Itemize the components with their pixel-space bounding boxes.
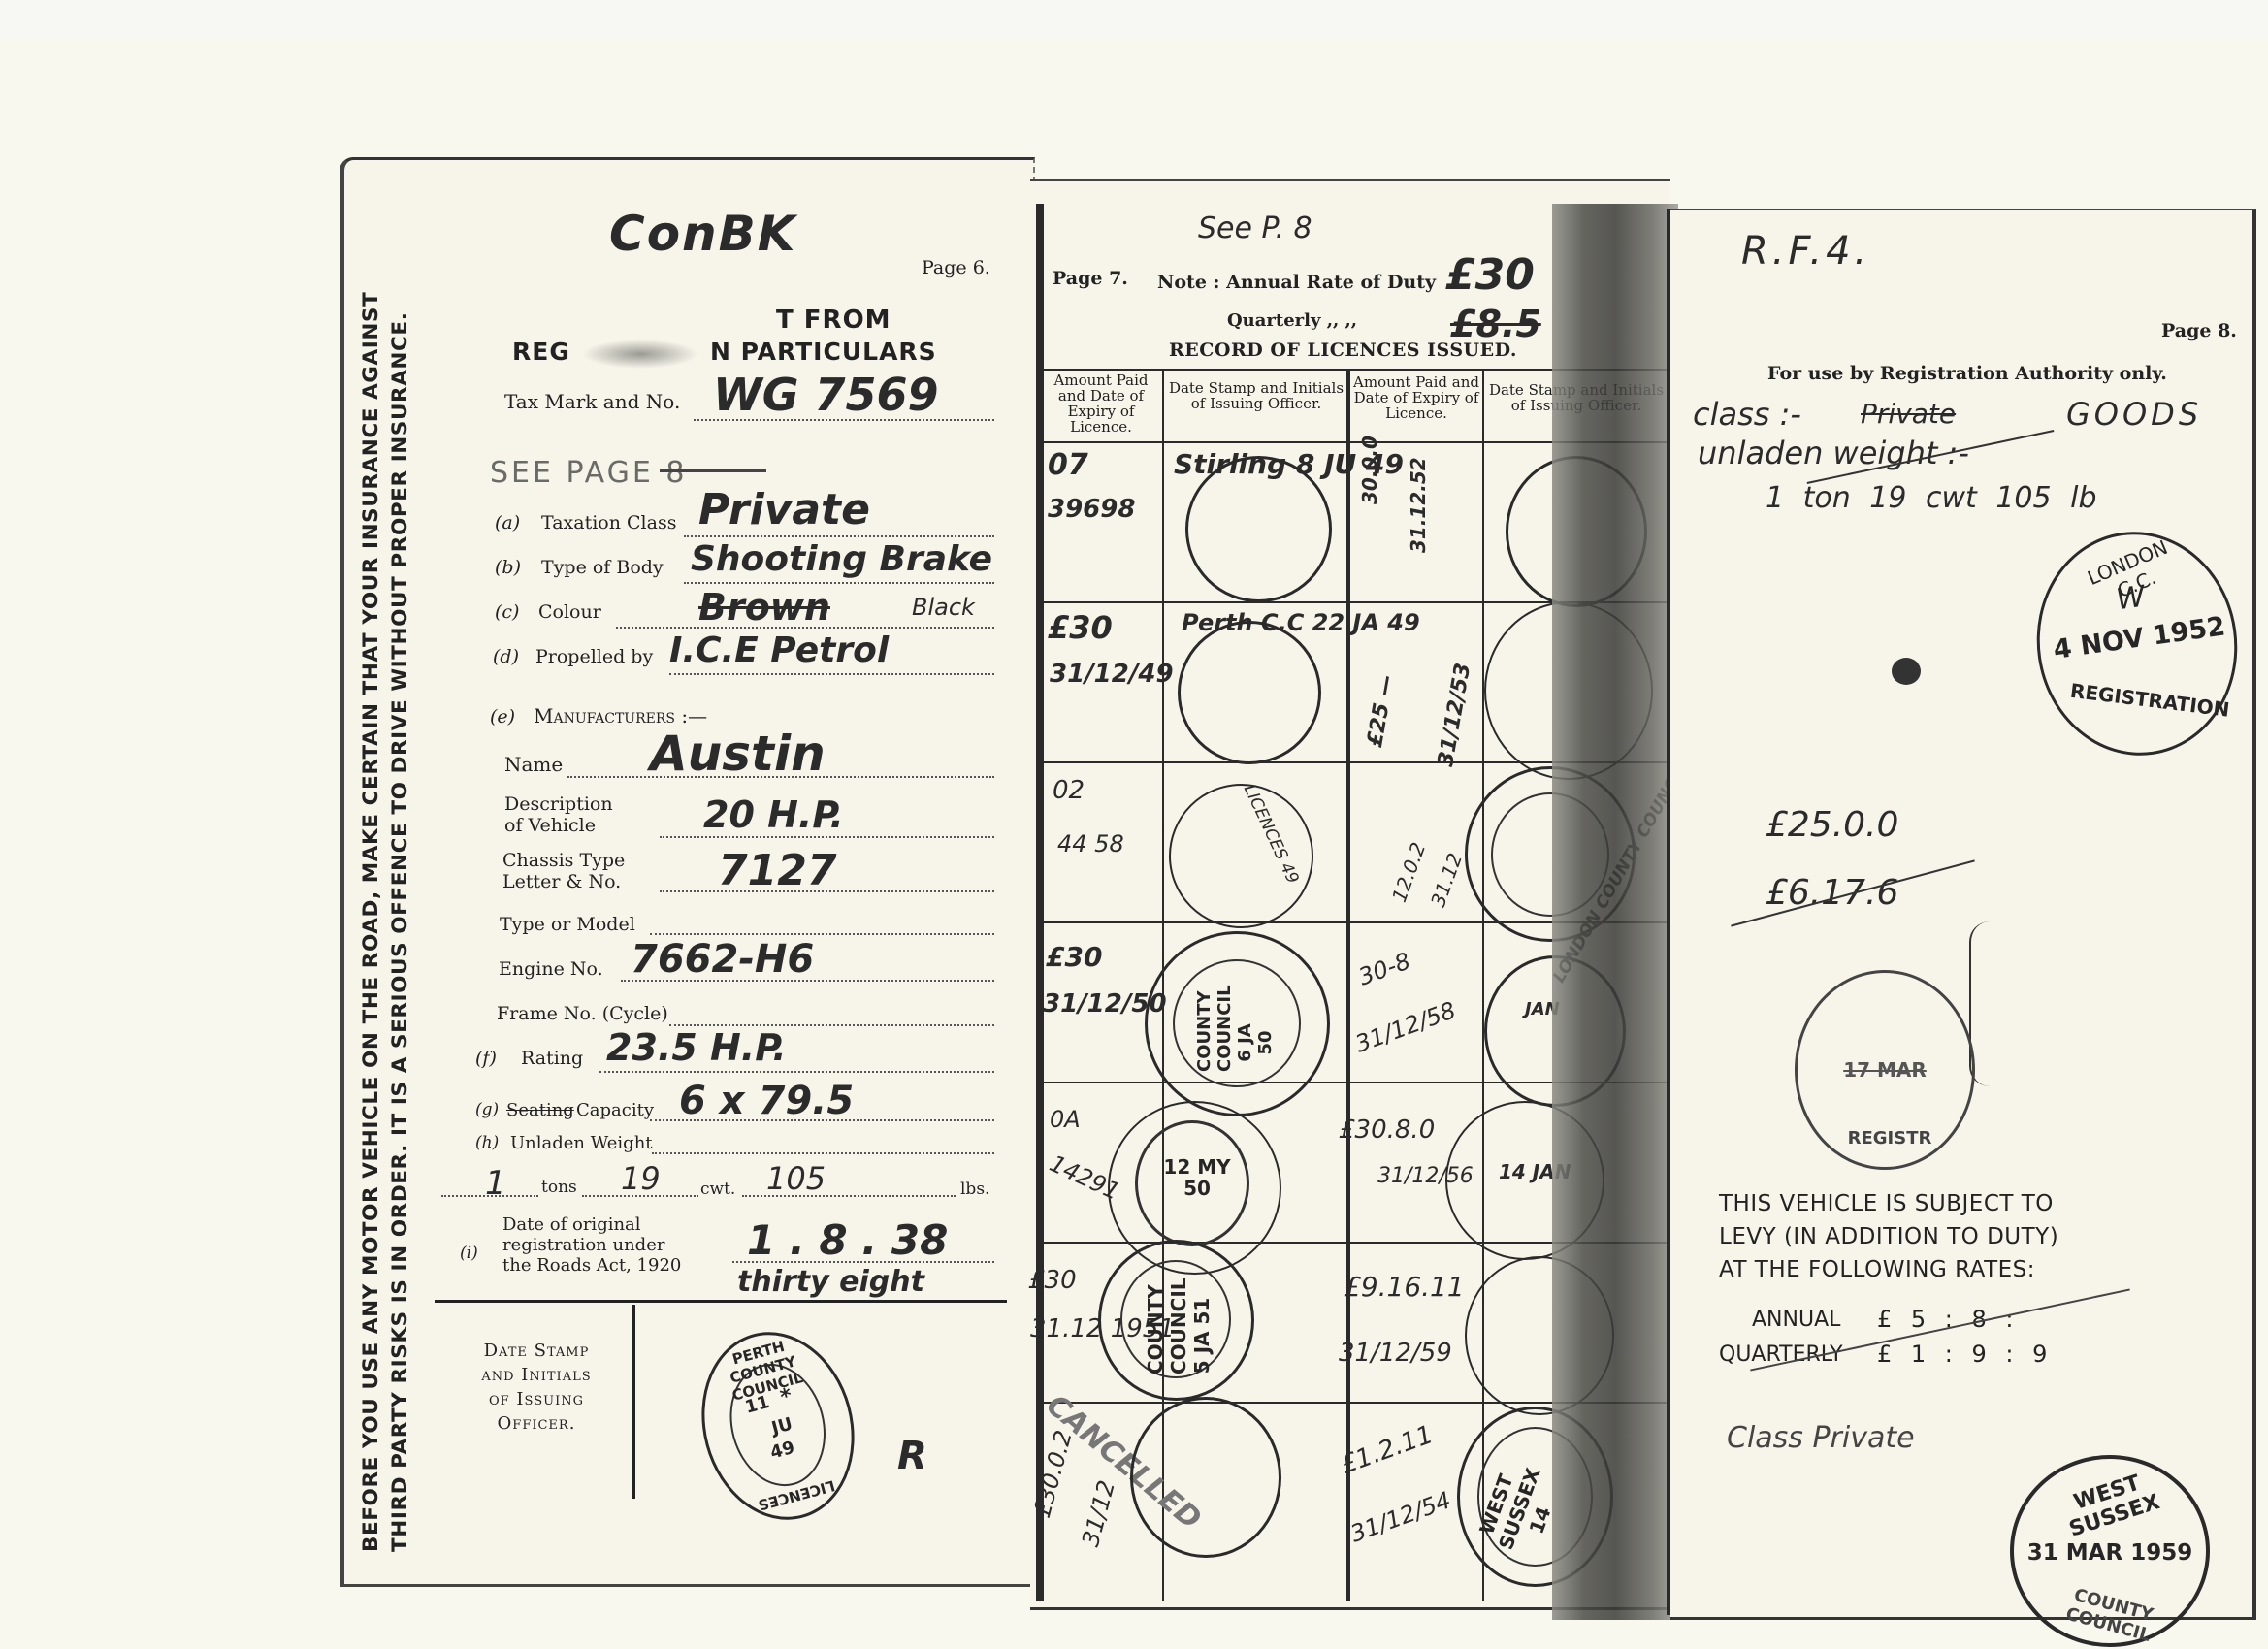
field-letter-c: (c)	[495, 601, 519, 623]
tons-label: tons	[541, 1178, 577, 1197]
row-6-stamp-left: COUNTY COUNCIL 5 JA 51	[1144, 1297, 1214, 1374]
title-extract-from: T FROM	[776, 306, 891, 335]
page-6-label: Page 6.	[922, 257, 990, 278]
west-sussex-stamp-date: 31 MAR 1959	[2018, 1540, 2202, 1566]
reg-stamp-text: REGISTR	[1836, 1128, 1943, 1148]
rating-value: 23.5 H.P.	[606, 1026, 787, 1069]
reg-stamp-date: 17 MAR	[1827, 1058, 1943, 1082]
row-6-amount-right: £9.16.11	[1344, 1271, 1465, 1303]
row-4-stamp-left: COUNTY COUNCIL 6 JA 50	[1194, 1014, 1276, 1072]
levy-line-1: THIS VEHICLE IS SUBJECT TO	[1719, 1187, 2058, 1220]
cwt-label: cwt.	[700, 1180, 735, 1199]
original-registration-date: 1 . 8 . 38	[747, 1216, 948, 1264]
row-5-stamp-left: 12 MY 50	[1158, 1156, 1236, 1199]
county-council-stamp: COUNTY COUNCIL 6 JA 50	[1145, 931, 1330, 1116]
type-of-body-value: Shooting Brake	[691, 539, 992, 579]
row-6-amount-left: £30	[1028, 1266, 1077, 1295]
row-1-expiry-right: 31.12.52	[1407, 457, 1430, 553]
engine-no-value: 7662-H6	[631, 937, 814, 982]
field-letter-e: (e)	[490, 706, 515, 727]
field-letter-b: (b)	[495, 557, 521, 578]
manufacturers-label: Manufacturers :—	[534, 704, 707, 727]
chassis-label-line-2: Letter & No.	[502, 871, 625, 892]
row-2-expiry-left: 31/12/49	[1050, 660, 1174, 689]
row-5-amount-right: £30.8.0	[1339, 1115, 1435, 1145]
dotted-line	[441, 1195, 538, 1197]
photocopy-shadow-band	[1552, 204, 1678, 1620]
taxation-class-label: Taxation Class	[541, 512, 676, 533]
title-reg-prefix: REG	[512, 338, 570, 366]
row-1-amount-left: 07	[1048, 448, 1088, 482]
row-1-expiry-left: 39698	[1048, 495, 1135, 524]
note-annual-rate-label: Note : Annual Rate of Duty	[1157, 272, 1436, 293]
dotted-line	[652, 1152, 994, 1154]
west-sussex-stamp-bottom: COUNTY COUNCIL	[2030, 1575, 2190, 1649]
insurance-warning-line-1: BEFORE YOU USE ANY MOTOR VEHICLE ON THE …	[357, 175, 386, 1552]
row-6-expiry-right: 31/12/59	[1339, 1339, 1452, 1368]
perth-stamp-initial: R	[897, 1434, 927, 1478]
levy-notice: THIS VEHICLE IS SUBJECT TO LEVY (IN ADDI…	[1719, 1187, 2058, 1286]
class-value-goods: GOODS	[2066, 396, 2202, 433]
levy-line-3: AT THE FOLLOWING RATES:	[1719, 1253, 2058, 1286]
class-label: class :-	[1693, 396, 1801, 433]
field-letter-f: (f)	[475, 1048, 497, 1069]
dotted-line	[669, 673, 994, 675]
date-stamp-circle	[1185, 456, 1332, 602]
engine-no-label: Engine No.	[499, 958, 603, 980]
dotted-line	[599, 1071, 994, 1073]
registration-stamp-partial: 17 MAR REGISTR	[1795, 970, 1975, 1170]
stamp-underline	[660, 469, 766, 472]
see-page-8-stamp: SEE PAGE 8	[490, 456, 687, 490]
colour-label: Colour	[538, 601, 601, 623]
dotted-line	[650, 933, 994, 935]
chassis-label: Chassis Type Letter & No.	[502, 850, 625, 892]
page-8-label: Page 8.	[2161, 320, 2237, 341]
propelled-by-value: I.C.E Petrol	[669, 630, 889, 670]
rating-label: Rating	[521, 1048, 583, 1069]
handwritten-class-private: Class Private	[1727, 1421, 1915, 1455]
column-header-stamp-1: Date Stamp and Initials of Issuing Offic…	[1166, 380, 1346, 411]
dotted-line	[684, 535, 994, 537]
row-1-amount-right: 30.0.0	[1358, 436, 1381, 504]
table-col-line	[1482, 369, 1484, 1600]
field-letter-h: (h)	[475, 1133, 499, 1152]
levy-annual-label: ANNUAL	[1752, 1308, 1840, 1332]
date-stamp-label-line-1: Date Stamp	[454, 1339, 619, 1363]
london-stamp-date: 4 NOV 1952	[2046, 611, 2232, 666]
levy-quarterly-value: £ 1 : 9 : 9	[1877, 1341, 2053, 1368]
handwritten-see-p8: See P. 8	[1198, 211, 1312, 245]
lbs-label: lbs.	[960, 1180, 989, 1199]
record-of-licences-title: RECORD OF LICENCES ISSUED.	[1169, 339, 1517, 361]
date-stamp-label-line-2: and Initials	[454, 1363, 619, 1387]
handwritten-amount-6-17-6: £6.17.6	[1766, 873, 1898, 913]
handwritten-conbk: ConBK	[609, 206, 797, 262]
county-council-stamp: COUNTY COUNCIL 5 JA 51	[1098, 1240, 1254, 1401]
colour-value-struck: Brown	[698, 586, 830, 629]
date-stamp-circle	[1178, 621, 1321, 764]
levy-line-2: LEVY (IN ADDITION TO DUTY)	[1719, 1220, 2058, 1253]
date-stamp-label-line-4: Officer.	[454, 1411, 619, 1436]
capacity-label: Capacity	[576, 1100, 654, 1120]
date-stamp-box-label: Date Stamp and Initials of Issuing Offic…	[454, 1339, 619, 1436]
seating-label-struck: Seating	[506, 1100, 574, 1120]
type-of-body-label: Type of Body	[541, 557, 664, 578]
divider	[435, 1300, 1007, 1303]
signature-stroke	[1969, 921, 2010, 1086]
registration-authority-heading: For use by Registration Authority only.	[1767, 363, 2167, 384]
column-header-amount-2: Amount Paid and Date of Expiry of Licenc…	[1353, 374, 1479, 421]
title-registration-particulars: N PARTICULARS	[710, 338, 937, 366]
description-value: 20 H.P.	[703, 793, 844, 836]
taxation-class-value: Private	[698, 485, 870, 534]
field-letter-i: (i)	[460, 1244, 478, 1263]
frame-no-label: Frame No. (Cycle)	[497, 1003, 668, 1024]
cancelled-licence-stamp	[1130, 1397, 1281, 1558]
class-struck-private: Private	[1861, 398, 1956, 430]
description-label: Description of Vehicle	[504, 793, 613, 836]
chassis-value: 7127	[718, 846, 836, 895]
chassis-label-line-1: Chassis Type	[502, 850, 625, 871]
field-letter-g: (g)	[475, 1100, 499, 1119]
insurance-warning-line-2: THIRD PARTY RISKS IS IN ORDER. IT IS A S…	[386, 175, 415, 1552]
colour-correction: Black	[912, 594, 975, 621]
page-7-label: Page 7.	[1053, 268, 1128, 289]
column-header-amount-1: Amount Paid and Date of Expiry of Licenc…	[1040, 372, 1162, 435]
table-col-line	[1346, 369, 1350, 1600]
unladen-weight-label: Unladen Weight	[510, 1133, 653, 1153]
insurance-warning-vertical: BEFORE YOU USE ANY MOTOR VEHICLE ON THE …	[357, 175, 415, 1552]
dotted-line	[684, 582, 994, 584]
row-5-amount-left: 0A	[1050, 1106, 1081, 1133]
row-4-amount-left: £30	[1046, 941, 1102, 973]
row-3-expiry-left: 44 58	[1057, 830, 1124, 857]
scan-top-margin	[0, 0, 2268, 39]
annual-rate-value: £30	[1445, 250, 1535, 300]
date-stamp-label-line-3: of Issuing	[454, 1387, 619, 1411]
quarterly-label: Quarterly ,, ,,	[1227, 310, 1357, 331]
orig-reg-label-line-3: the Roads Act, 1920	[502, 1255, 681, 1276]
propelled-by-label: Propelled by	[535, 646, 653, 667]
type-or-model-label: Type or Model	[500, 914, 635, 935]
description-label-line-1: Description	[504, 793, 613, 815]
unladen-lbs-value: 105	[766, 1160, 826, 1197]
west-sussex-stamp-top: WEST SUSSEX	[2039, 1461, 2184, 1549]
handwritten-rf4: R.F.4.	[1741, 229, 1870, 274]
date-stamp-circle	[1169, 784, 1313, 928]
field-letter-a: (a)	[495, 512, 520, 533]
row-2-amount-left: £30	[1048, 609, 1113, 646]
capacity-value: 6 x 79.5	[679, 1079, 854, 1123]
original-registration-label: Date of original registration under the …	[502, 1214, 681, 1276]
field-letter-d: (d)	[493, 646, 519, 667]
handwritten-amount-25: £25.0.0	[1766, 805, 1898, 845]
name-label: Name	[504, 753, 563, 776]
smudge	[582, 339, 698, 369]
tax-mark-label: Tax Mark and No.	[504, 390, 680, 413]
dotted-line	[660, 836, 994, 838]
description-label-line-2: of Vehicle	[504, 815, 613, 836]
unladen-cwt-value: 19	[621, 1160, 661, 1197]
west-sussex-county-council-stamp: WEST SUSSEX 31 MAR 1959 COUNTY COUNCIL	[2010, 1455, 2210, 1647]
row-3-amount-left: 02	[1053, 776, 1085, 805]
manufacturer-name-value: Austin	[650, 726, 826, 782]
original-registration-words: thirty eight	[737, 1265, 924, 1299]
london-stamp-bottom: REGISTRATION	[2066, 678, 2233, 722]
unladen-tons-value: 1	[485, 1164, 506, 1203]
london-stamp-initial: W	[2109, 579, 2152, 618]
orig-reg-label-line-1: Date of original	[502, 1214, 681, 1235]
divider	[632, 1305, 635, 1499]
unladen-weight-label-right: unladen weight :-	[1698, 435, 1969, 471]
tax-mark-value: WG 7569	[713, 369, 939, 421]
unladen-weight-value-right: 1 ton 19 cwt 105 lb	[1766, 481, 2097, 515]
ink-blot	[1892, 658, 1921, 685]
orig-reg-label-line-2: registration under	[502, 1235, 681, 1255]
